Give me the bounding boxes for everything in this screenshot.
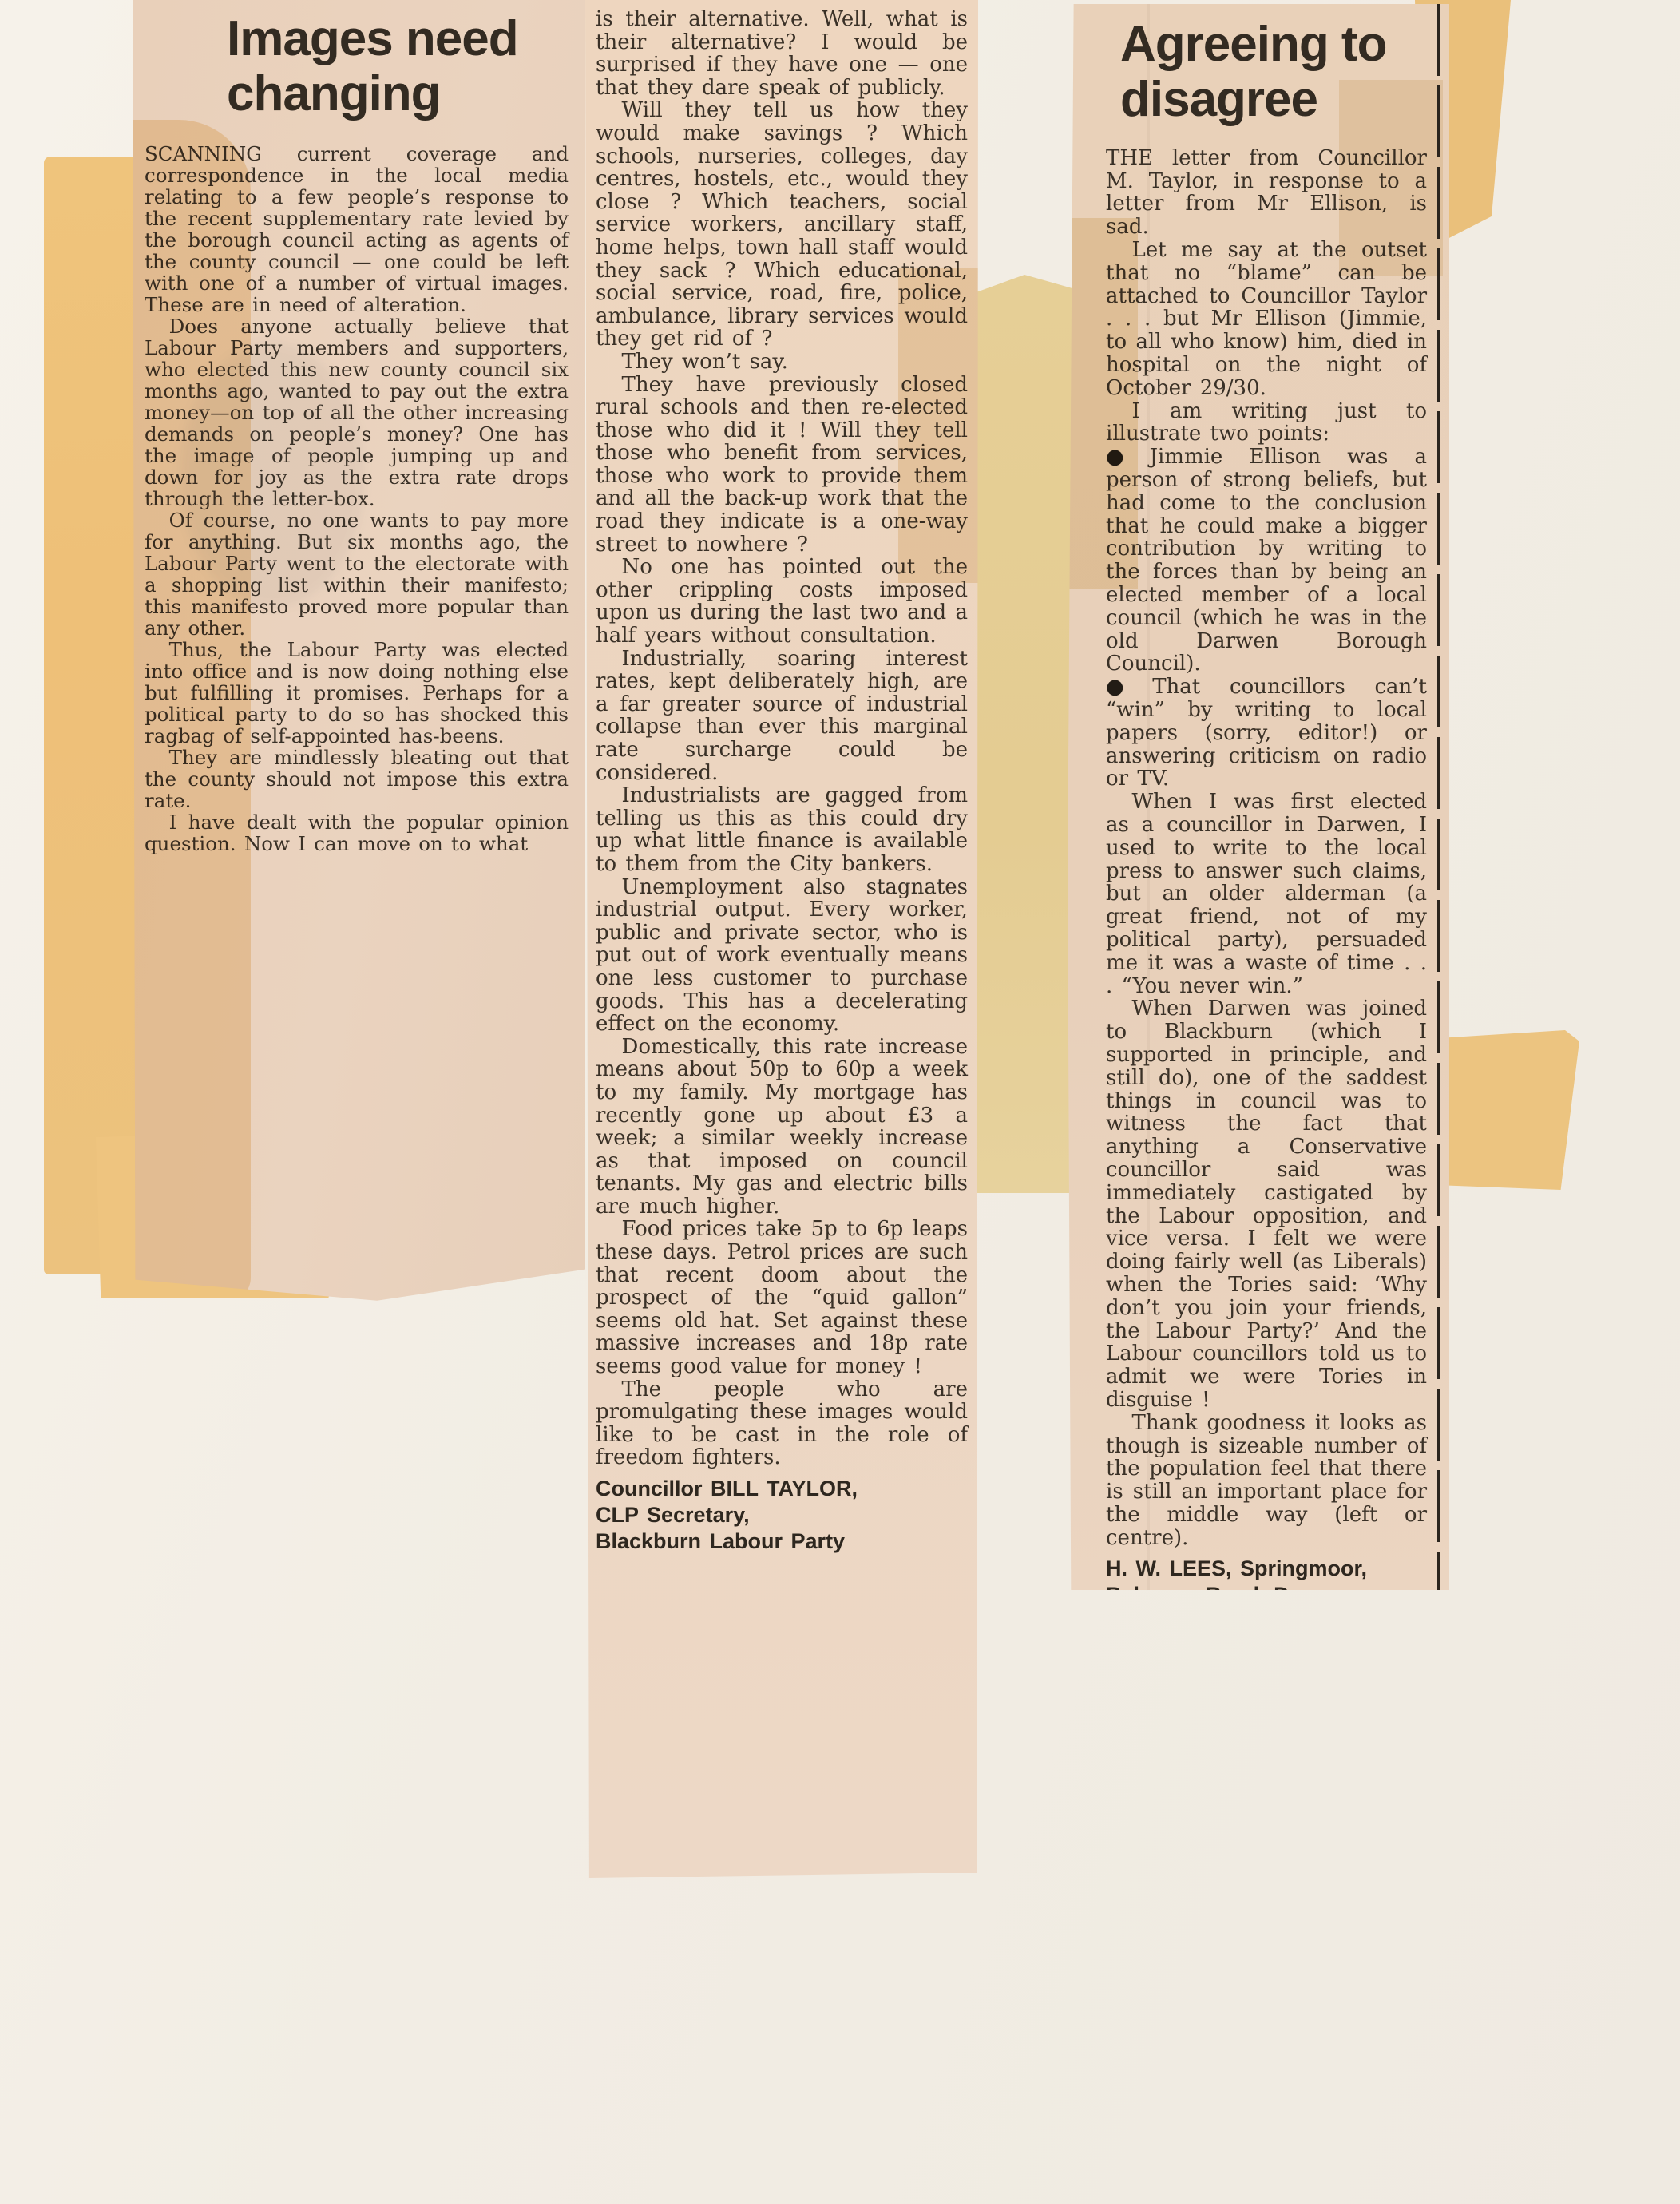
article-column-2: is their alternative. Well, what is thei…: [585, 0, 978, 1555]
paragraph: Will they tell us how they would make sa…: [596, 99, 968, 351]
paragraph: THE letter from Councillor M. Taylor, in…: [1106, 147, 1427, 239]
clipping-images-need-changing-continuation: is their alternative. Well, what is thei…: [585, 0, 978, 1878]
paragraph: SCANNING current coverage and correspond…: [145, 143, 569, 315]
paragraph: is their alternative. Well, what is thei…: [596, 8, 968, 99]
clipping-agreeing-to-disagree: Agreeing to disagree THE letter from Cou…: [1068, 4, 1449, 1590]
paragraph: Let me say at the outset that no “blame”…: [1106, 239, 1427, 400]
paragraph: No one has pointed out the other crippli…: [596, 556, 968, 647]
paragraph: Thank goodness it looks as though is siz…: [1106, 1412, 1427, 1550]
signature-line: Belgrave Road, Darwen.: [1106, 1582, 1427, 1608]
column-rule: [1437, 4, 1440, 1590]
bullet-item: ●Jimmie Ellison was a person of strong b…: [1106, 446, 1427, 676]
tape-stain-right-middle: [1436, 1030, 1579, 1190]
signature-line: H. W. LEES, Springmoor,: [1106, 1556, 1427, 1582]
paragraph: When I was first elected as a councillor…: [1106, 791, 1427, 997]
paragraph: Industrially, soaring interest rates, ke…: [596, 648, 968, 785]
paragraph: They are mindlessly bleating out that th…: [145, 747, 569, 811]
bullet-text: Jimmie Ellison was a person of strong be…: [1106, 445, 1427, 676]
signature-block: Councillor BILL TAYLOR, CLP Secretary, B…: [596, 1476, 968, 1555]
article-column-3: THE letter from Councillor M. Taylor, in…: [1068, 147, 1449, 1609]
signature-block: H. W. LEES, Springmoor, Belgrave Road, D…: [1106, 1556, 1427, 1608]
scrapbook-page: Images need changing SCANNING current co…: [0, 0, 1680, 2204]
paragraph: Unemployment also stagnates industrial o…: [596, 876, 968, 1036]
signature-line: Blackburn Labour Party: [596, 1528, 968, 1555]
signature-line: CLP Secretary,: [596, 1502, 968, 1528]
signature-line: Councillor BILL TAYLOR,: [596, 1476, 968, 1502]
paragraph: Industrialists are gagged from telling u…: [596, 784, 968, 875]
bullet-text: That councillors can’t “win” by writing …: [1106, 675, 1427, 791]
paragraph: Thus, the Labour Party was elected into …: [145, 639, 569, 747]
paragraph: Food prices take 5p to 6p leaps these da…: [596, 1218, 968, 1377]
paragraph: When Darwen was joined to Blackburn (whi…: [1106, 997, 1427, 1411]
bullet-icon: ●: [1106, 675, 1152, 699]
article-column-1: SCANNING current coverage and correspond…: [133, 143, 585, 854]
paragraph: Domestically, this rate increase means a…: [596, 1036, 968, 1219]
paragraph: Does anyone actually believe that Labour…: [145, 315, 569, 509]
paragraph: The people who are promulgating these im…: [596, 1378, 968, 1469]
article-headline: Images need changing: [227, 11, 578, 122]
paragraph: They have previously closed rural school…: [596, 374, 968, 557]
clipping-images-need-changing: Images need changing SCANNING current co…: [133, 0, 585, 1303]
article-headline: Agreeing to disagree: [1120, 17, 1392, 128]
paragraph: Of course, no one wants to pay more for …: [145, 509, 569, 639]
paragraph: I am writing just to illustrate two poin…: [1106, 400, 1427, 446]
paragraph: They won’t say.: [596, 351, 968, 374]
bullet-icon: ●: [1106, 445, 1150, 469]
tape-strip-between-columns: [961, 275, 1083, 1193]
bullet-item: ●That councillors can’t “win” by writing…: [1106, 676, 1427, 791]
paragraph: I have dealt with the popular opinion qu…: [145, 811, 569, 854]
